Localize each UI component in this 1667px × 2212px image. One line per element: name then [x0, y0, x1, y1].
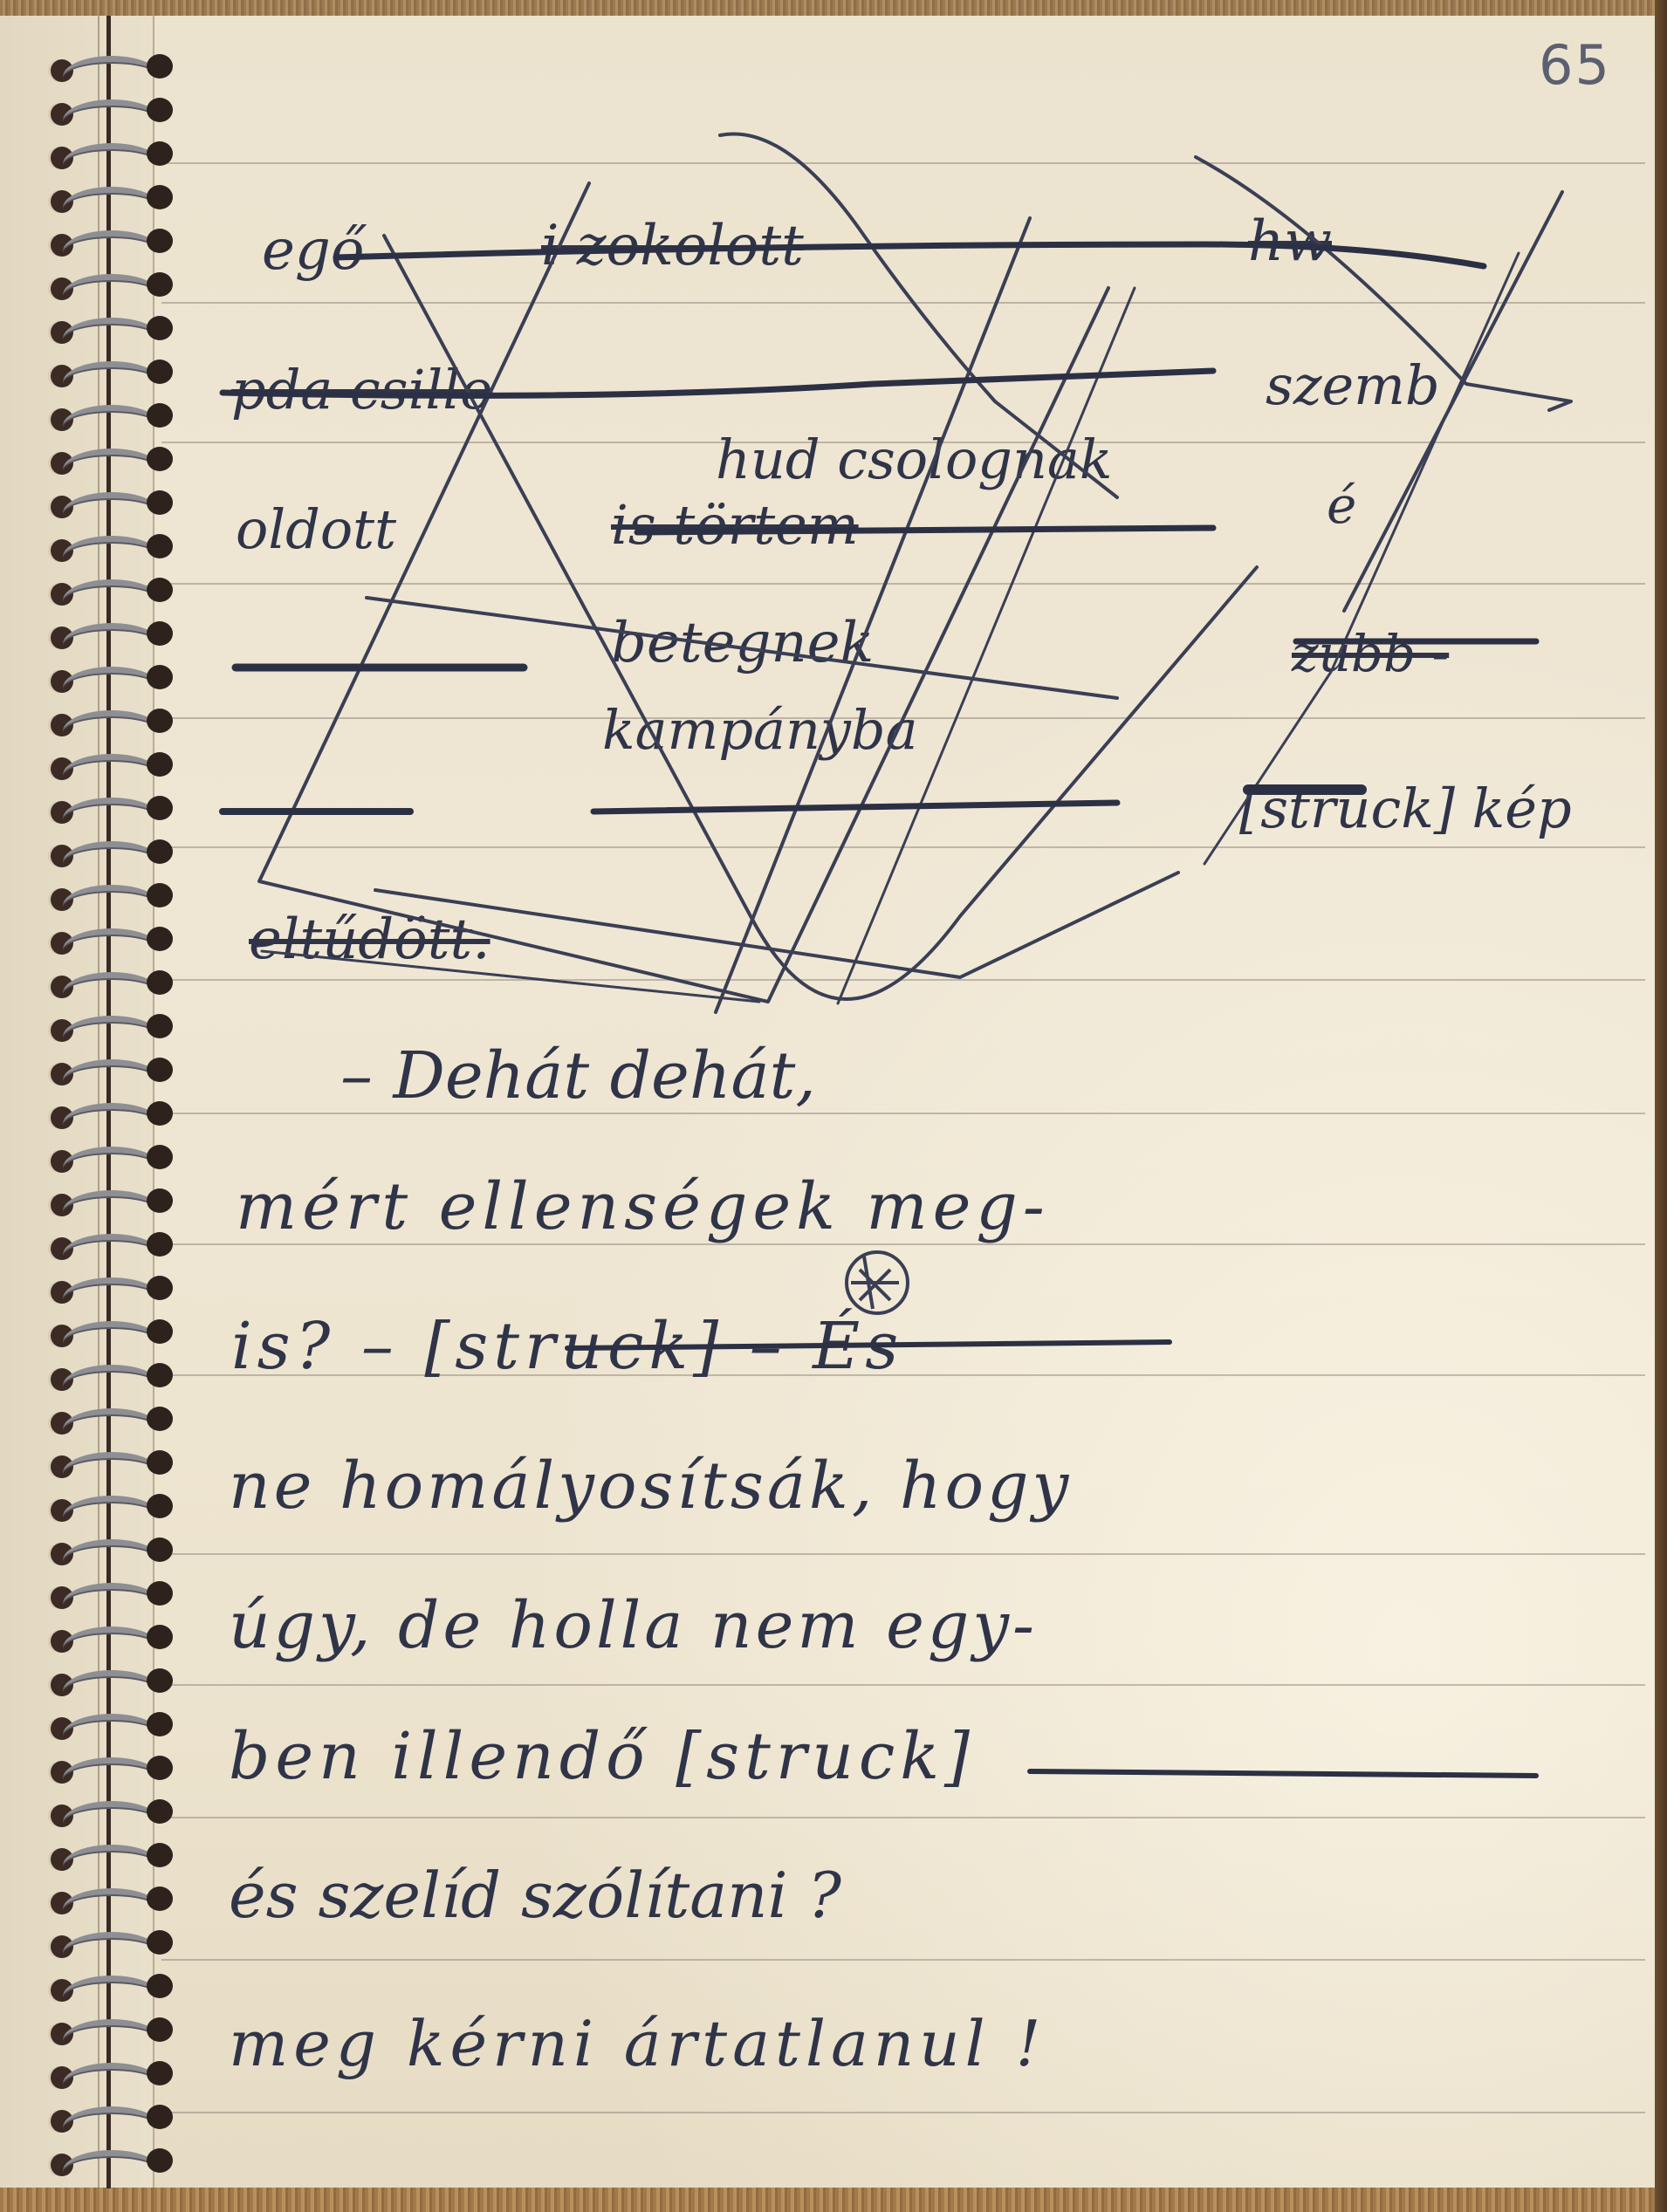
coil-wire — [63, 187, 161, 212]
handwritten-line: ne homályosítsák, hogy — [229, 1448, 1072, 1524]
punch-hole — [147, 141, 173, 166]
spiral-coil — [51, 271, 173, 307]
handwritten-word: zubb - — [1292, 624, 1449, 683]
punch-hole — [147, 1363, 173, 1387]
spiral-coil — [51, 1361, 173, 1398]
punch-hole — [147, 360, 173, 384]
rule-line — [161, 302, 1645, 304]
handwritten-line: is? – [struck] – És — [231, 1309, 903, 1384]
spiral-coil — [51, 838, 173, 874]
spiral-coil — [51, 1841, 173, 1878]
coil-wire — [63, 2106, 161, 2132]
spiral-coil — [51, 314, 173, 351]
spiral-coil — [51, 576, 173, 613]
punch-hole — [147, 1014, 173, 1038]
punch-hole — [147, 2105, 173, 2129]
punch-hole — [147, 1276, 173, 1300]
coil-wire — [63, 1496, 161, 1521]
coil-wire — [63, 1626, 161, 1652]
coil-wire — [63, 928, 161, 954]
spiral-coil — [51, 1448, 173, 1485]
handwritten-word: kampányba — [602, 698, 918, 762]
punch-hole — [147, 54, 173, 79]
coil-wire — [63, 449, 161, 474]
coil-wire — [63, 536, 161, 561]
coil-wire — [63, 1757, 161, 1783]
rule-line — [161, 2112, 1645, 2113]
coil-wire — [63, 1365, 161, 1390]
coil-wire — [63, 274, 161, 299]
coil-wire — [63, 1016, 161, 1041]
punch-hole — [147, 447, 173, 471]
coil-wire — [63, 841, 161, 866]
handwritten-word: hw — [1248, 209, 1332, 274]
coil-wire — [63, 1932, 161, 1957]
punch-hole — [147, 316, 173, 340]
spiral-coil — [51, 401, 173, 438]
coil-wire — [63, 1408, 161, 1434]
punch-hole — [147, 839, 173, 864]
rule-line — [161, 979, 1645, 981]
rule-line — [161, 583, 1645, 585]
punch-hole — [147, 970, 173, 995]
rule-line — [161, 162, 1645, 164]
punch-hole — [147, 2148, 173, 2173]
rule-line — [161, 1817, 1645, 1818]
handwritten-line: meg kérni ártatlanul ! — [229, 2007, 1046, 2080]
handwritten-word: pda csillo — [231, 358, 492, 421]
spiral-coil — [51, 532, 173, 569]
punch-hole — [147, 98, 173, 122]
spiral-coil — [51, 1099, 173, 1136]
coil-wire — [63, 885, 161, 910]
spiral-coil — [51, 1405, 173, 1442]
spiral-coil — [51, 1012, 173, 1049]
punch-hole — [147, 185, 173, 209]
handwritten-line: ben illendő [struck] — [229, 1719, 975, 1794]
coil-wire — [63, 2063, 161, 2088]
coil-wire — [63, 361, 161, 387]
spiral-coil — [51, 1710, 173, 1747]
coil-wire — [63, 1888, 161, 1914]
spiral-coil — [51, 1492, 173, 1529]
spiral-coil — [51, 489, 173, 525]
handwritten-line: mért ellenségek meg- — [236, 1169, 1050, 1244]
spiral-coil — [51, 881, 173, 918]
spiral-coil — [51, 358, 173, 394]
punch-hole — [147, 709, 173, 733]
punch-hole — [147, 1756, 173, 1780]
coil-wire — [63, 1190, 161, 1216]
handwritten-word: eltűdött. — [249, 907, 490, 972]
handwritten-word: é — [1327, 476, 1356, 535]
spiral-coil — [51, 2147, 173, 2183]
coil-wire — [63, 710, 161, 736]
punch-hole — [147, 665, 173, 689]
spiral-coil — [51, 1885, 173, 1921]
punch-hole — [147, 1930, 173, 1955]
punch-hole — [147, 1799, 173, 1824]
coil-wire — [63, 1234, 161, 1259]
spiral-coil — [51, 2016, 173, 2052]
punch-hole — [147, 1537, 173, 1562]
punch-hole — [147, 1450, 173, 1475]
handwritten-line: úgy, de holla nem egy- — [229, 1588, 1038, 1663]
punch-hole — [147, 1058, 173, 1082]
punch-hole — [147, 752, 173, 777]
coil-wire — [63, 2019, 161, 2044]
handwritten-line: – Dehát dehát, — [340, 1038, 816, 1113]
coil-wire — [63, 667, 161, 692]
punch-hole — [147, 1887, 173, 1911]
coil-wire — [63, 2150, 161, 2175]
handwritten-word: szemb — [1266, 353, 1440, 417]
handwritten-word: is törtem — [611, 493, 859, 557]
spiral-coil — [51, 1318, 173, 1354]
handwritten-line: és szelíd szólítani ? — [229, 1859, 841, 1932]
coil-wire — [63, 99, 161, 125]
punch-hole — [147, 621, 173, 646]
handwritten-word: i zokolott — [541, 214, 804, 278]
coil-wire — [63, 1845, 161, 1870]
punch-hole — [147, 229, 173, 253]
spiral-coil — [51, 96, 173, 133]
punch-hole — [147, 1494, 173, 1518]
punch-hole — [147, 272, 173, 297]
spiral-coil — [51, 1056, 173, 1092]
spiral-coil — [51, 1754, 173, 1791]
punch-hole — [147, 1974, 173, 1998]
spiral-coil — [51, 227, 173, 264]
coil-wire — [63, 405, 161, 430]
handwritten-word: [struck] kép — [1239, 777, 1572, 840]
spiral-coil — [51, 1667, 173, 1703]
spiral-coil — [51, 52, 173, 89]
coil-wire — [63, 1452, 161, 1477]
coil-wire — [63, 56, 161, 81]
spiral-coil — [51, 1230, 173, 1267]
spiral-coil — [51, 1623, 173, 1660]
punch-hole — [147, 534, 173, 558]
coil-wire — [63, 1147, 161, 1172]
coil-wire — [63, 1976, 161, 2001]
spiral-coil — [51, 1274, 173, 1311]
punch-hole — [147, 2017, 173, 2042]
coil-wire — [63, 798, 161, 823]
punch-hole — [147, 1712, 173, 1736]
punch-hole — [147, 1188, 173, 1213]
spiral-coil — [51, 663, 173, 700]
coil-wire — [63, 230, 161, 256]
spiral-coil — [51, 445, 173, 482]
rule-line — [161, 1959, 1645, 1961]
punch-hole — [147, 883, 173, 907]
coil-wire — [63, 492, 161, 517]
coil-wire — [63, 1583, 161, 1608]
spiral-coil — [51, 183, 173, 220]
punch-hole — [147, 1319, 173, 1344]
handwritten-word: oldott — [236, 497, 396, 561]
spiral-coil — [51, 2103, 173, 2140]
handwritten-word: hud csolognak — [716, 428, 1112, 491]
coil-wire — [63, 1321, 161, 1346]
coil-wire — [63, 972, 161, 997]
punch-hole — [147, 403, 173, 428]
rule-line — [161, 1684, 1645, 1686]
punch-hole — [147, 1145, 173, 1169]
spiral-coil — [51, 1536, 173, 1572]
handwritten-word: egő — [262, 218, 364, 283]
page-number: 65 — [1539, 33, 1611, 97]
coil-wire — [63, 1801, 161, 1826]
desk-surface-right — [1655, 0, 1667, 2212]
coil-wire — [63, 1059, 161, 1085]
coil-wire — [63, 1539, 161, 1565]
coil-wire — [63, 579, 161, 605]
punch-hole — [147, 578, 173, 602]
punch-hole — [147, 490, 173, 515]
spiral-coil — [51, 925, 173, 962]
coil-wire — [63, 754, 161, 779]
punch-hole — [147, 1232, 173, 1257]
desk-surface-bottom — [0, 2188, 1667, 2212]
punch-hole — [147, 1581, 173, 1606]
punch-hole — [147, 1668, 173, 1693]
spiral-coil — [51, 2059, 173, 2096]
punch-hole — [147, 927, 173, 951]
punch-hole — [147, 1843, 173, 1867]
spiral-coil — [51, 140, 173, 176]
spiral-coil — [51, 1187, 173, 1223]
rule-line — [161, 1553, 1645, 1555]
coil-wire — [63, 318, 161, 343]
coil-wire — [63, 1277, 161, 1303]
spiral-coil — [51, 750, 173, 787]
coil-wire — [63, 1670, 161, 1695]
handwritten-word: betegnek — [611, 611, 874, 675]
spiral-coil — [51, 620, 173, 656]
coil-wire — [63, 1103, 161, 1128]
spiral-coil — [51, 1143, 173, 1180]
punch-hole — [147, 1101, 173, 1126]
spiral-coil — [51, 1972, 173, 2009]
coil-wire — [63, 623, 161, 648]
spiral-coil — [51, 707, 173, 743]
punch-hole — [147, 2061, 173, 2085]
rule-line — [161, 846, 1645, 848]
spiral-coil — [51, 1579, 173, 1616]
punch-hole — [147, 796, 173, 820]
spiral-coil — [51, 1928, 173, 1965]
punch-hole — [147, 1625, 173, 1649]
coil-wire — [63, 143, 161, 168]
spiral-coil — [51, 794, 173, 831]
spiral-coil — [51, 1798, 173, 1834]
spiral-coil — [51, 969, 173, 1005]
punch-hole — [147, 1407, 173, 1431]
coil-wire — [63, 1714, 161, 1739]
